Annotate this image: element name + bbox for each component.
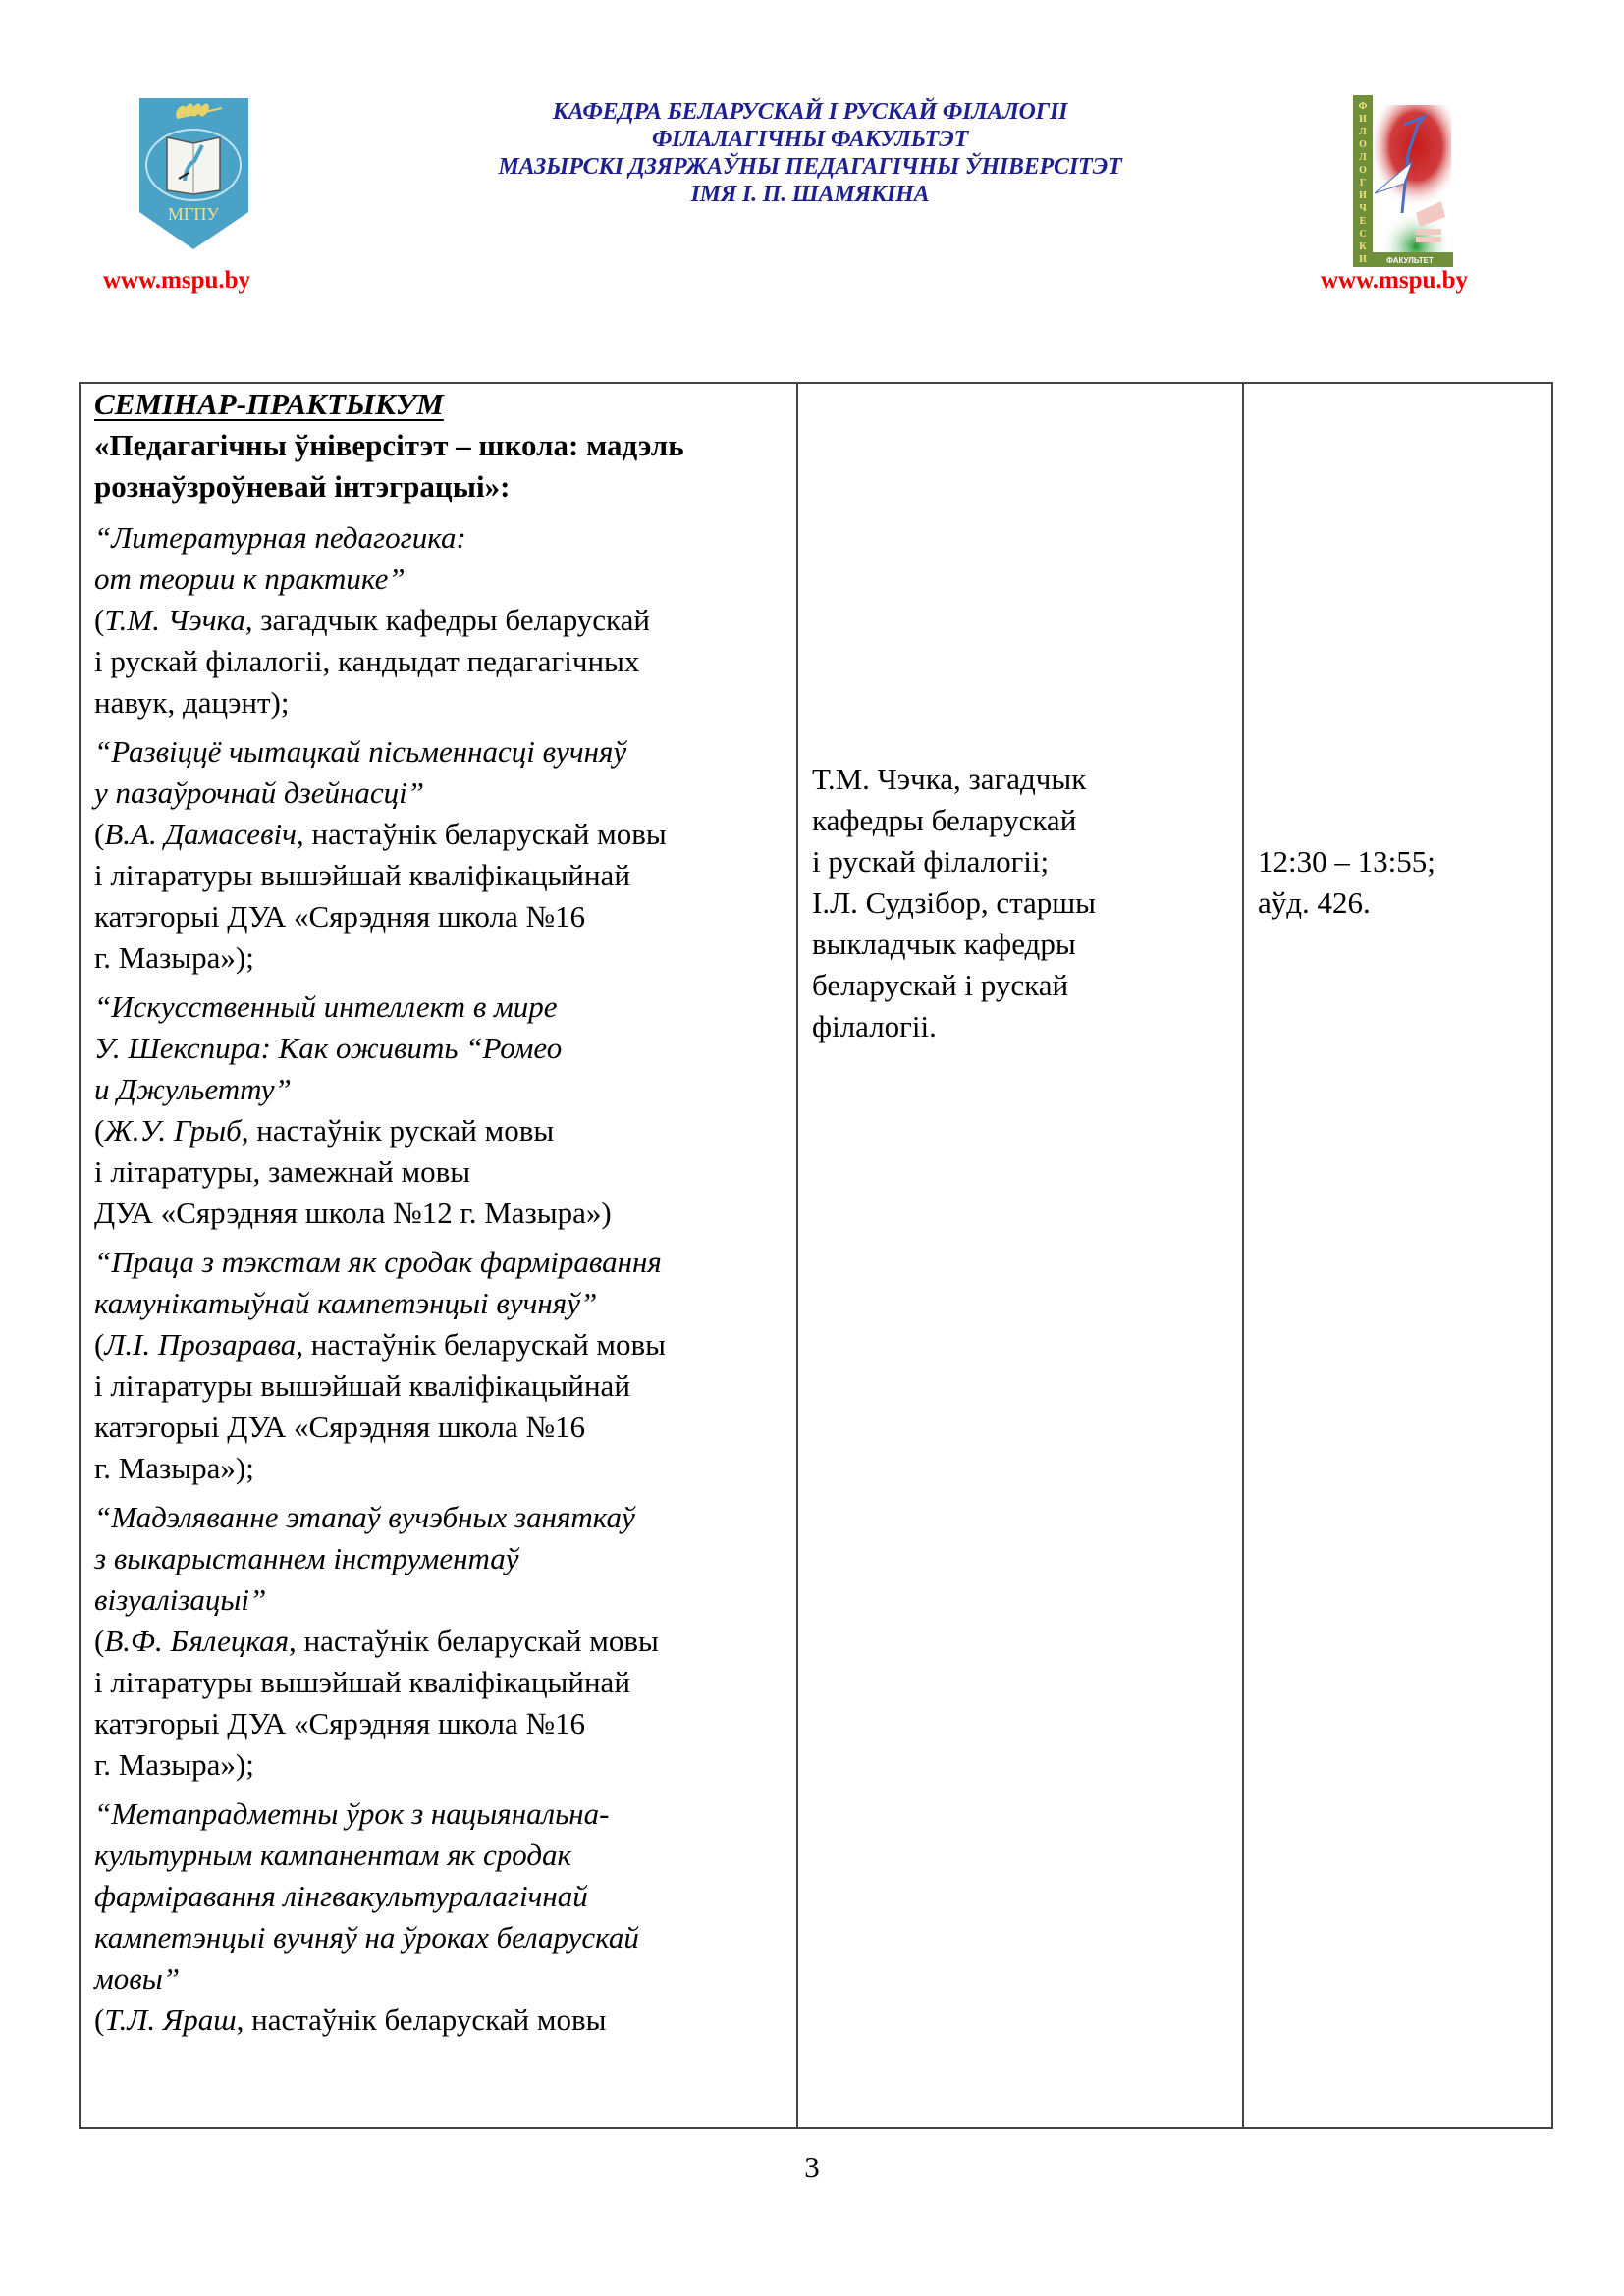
- talk-speaker: Т.Л. Яраш: [104, 2002, 236, 2037]
- talk-title: “Метапрадметны ўрок з нацыянальна- культ…: [94, 1793, 783, 2000]
- talk-speaker: Л.І. Прозарава: [104, 1327, 296, 1362]
- svg-text:С: С: [1359, 229, 1366, 240]
- svg-text:И: И: [1359, 114, 1367, 125]
- talk-speaker-role: г. Мазыра»);: [94, 937, 783, 979]
- faculty-name: ФІЛАЛАГІЧНЫ ФАКУЛЬТЭТ: [393, 126, 1227, 153]
- talk-speaker-role: катэгорыі ДУА «Сярэдняя школа №16: [94, 896, 783, 937]
- talk-item: “Метапрадметны ўрок з нацыянальна- культ…: [94, 1793, 783, 2041]
- talk-speaker-role: ДУА «Сярэдняя школа №12 г. Мазыра»): [94, 1193, 783, 1234]
- mgpu-logo-icon: МГПУ: [137, 96, 250, 251]
- talk-speaker-role: г. Мазыра»);: [94, 1744, 783, 1786]
- talk-item: “Праца з тэкстам як сродак фарміравання …: [94, 1242, 783, 1489]
- philology-faculty-logo-icon: ФИЛ ОЛО ГИЧ ЕСК И ФАКУЛЬТЕТ: [1353, 95, 1453, 267]
- talk-speaker-role: катэгорыі ДУА «Сярэдняя школа №16: [94, 1407, 783, 1448]
- talk-speaker-role: настаўнік беларускай мовы: [304, 817, 667, 851]
- organizers-text: Т.М. Чэчка, загадчык кафедры беларускай …: [812, 759, 1232, 1047]
- talk-list: “Литературная педагогика: от теории к пр…: [94, 517, 783, 2041]
- talk-speaker-role: і літаратуры вышэйшай кваліфікацыйнай: [94, 1662, 783, 1703]
- department-name: КАФЕДРА БЕЛАРУСКАЙ І РУСКАЙ ФІЛАЛОГІІ: [393, 98, 1227, 126]
- talk-title: “Искусственный интеллект в мире У. Шексп…: [94, 987, 783, 1110]
- talk-speaker-role: , настаўнік беларускай мовы: [289, 1624, 659, 1658]
- talk-speaker: В.А. Дамасевіч,: [104, 817, 303, 851]
- talk-title: “Праца з тэкстам як сродак фарміравання …: [94, 1242, 783, 1324]
- page-number: 3: [0, 2148, 1624, 2187]
- talk-speaker: Т.М. Чэчка,: [104, 603, 252, 637]
- program-cell-time-place: 12:30 – 13:55; аўд. 426.: [1244, 384, 1551, 2127]
- talk-item: “Развіццё чытацкай пісьменнасці вучняў у…: [94, 731, 783, 979]
- svg-text:К: К: [1359, 241, 1367, 252]
- svg-text:ФАКУЛЬТЕТ: ФАКУЛЬТЕТ: [1386, 256, 1434, 265]
- svg-text:И: И: [1359, 190, 1367, 201]
- talk-speaker: Ж.У. Грыб: [104, 1113, 241, 1148]
- svg-text:Е: Е: [1360, 216, 1367, 227]
- talk-speaker-role: катэгорыі ДУА «Сярэдняя школа №16: [94, 1703, 783, 1744]
- talk-speaker-role: і рускай філалогіі, кандыдат педагагічны…: [94, 641, 783, 682]
- svg-text:Ч: Ч: [1359, 203, 1367, 214]
- svg-text:И: И: [1359, 254, 1367, 265]
- program-table: СЕМІНАР-ПРАКТЫКУМ «Педагагічны ўніверсіт…: [79, 382, 1553, 2129]
- talk-speaker-role: , настаўнік беларускай мовы: [237, 2002, 607, 2037]
- website-link-right[interactable]: www.mspu.by: [1321, 267, 1468, 294]
- talk-item: “Искусственный интеллект в мире У. Шексп…: [94, 987, 783, 1234]
- talk-speaker-role: і літаратуры вышэйшай кваліфікацыйнай: [94, 855, 783, 896]
- time-place-text: 12:30 – 13:55; аўд. 426.: [1258, 841, 1542, 924]
- talk-item: “Мадэляванне этапаў вучэбных заняткаў з …: [94, 1497, 783, 1786]
- talk-speaker-role: , настаўнік рускай мовы: [242, 1113, 554, 1148]
- university-shield-logo: МГПУ: [137, 96, 250, 251]
- svg-text:О: О: [1359, 165, 1367, 176]
- svg-text:Ф: Ф: [1359, 101, 1368, 112]
- institution-header: КАФЕДРА БЕЛАРУСКАЙ І РУСКАЙ ФІЛАЛОГІІ ФІ…: [393, 98, 1227, 208]
- university-name-suffix: ІМЯ І. П. ШАМЯКІНА: [393, 181, 1227, 208]
- svg-text:Г: Г: [1360, 178, 1366, 188]
- event-title: «Педагагічны ўніверсітэт – школа: мадэль…: [94, 425, 783, 507]
- university-name: МАЗЫРСКІ ДЗЯРЖАЎНЫ ПЕДАГАГІЧНЫ ЎНІВЕРСІТ…: [393, 153, 1227, 181]
- event-type: СЕМІНАР-ПРАКТЫКУМ: [94, 384, 783, 425]
- program-cell-event: СЕМІНАР-ПРАКТЫКУМ «Педагагічны ўніверсіт…: [81, 384, 798, 2127]
- program-cell-organizers: Т.М. Чэчка, загадчык кафедры беларускай …: [798, 384, 1244, 2127]
- talk-speaker: В.Ф. Бялецкая: [104, 1624, 289, 1658]
- faculty-logo: ФИЛ ОЛО ГИЧ ЕСК И ФАКУЛЬТЕТ: [1353, 95, 1453, 267]
- talk-title: “Мадэляванне этапаў вучэбных заняткаў з …: [94, 1497, 783, 1621]
- talk-speaker-role: навук, дацэнт);: [94, 682, 783, 723]
- talk-title: “Развіццё чытацкай пісьменнасці вучняў у…: [94, 731, 783, 814]
- talk-speaker-role: , настаўнік беларускай мовы: [296, 1327, 666, 1362]
- talk-item: “Литературная педагогика: от теории к пр…: [94, 517, 783, 723]
- talk-title: “Литературная педагогика: от теории к пр…: [94, 517, 783, 600]
- talk-speaker-role: загадчык кафедры беларускай: [252, 603, 650, 637]
- talk-speaker-role: г. Мазыра»);: [94, 1448, 783, 1489]
- website-link-left[interactable]: www.mspu.by: [103, 267, 250, 294]
- svg-text:О: О: [1359, 139, 1367, 150]
- svg-text:Л: Л: [1359, 127, 1367, 137]
- talk-speaker-role: і літаратуры вышэйшай кваліфікацыйнай: [94, 1365, 783, 1407]
- talk-speaker-role: і літаратуры, замежнай мовы: [94, 1151, 783, 1193]
- svg-text:МГПУ: МГПУ: [168, 204, 219, 224]
- svg-text:Л: Л: [1359, 152, 1367, 163]
